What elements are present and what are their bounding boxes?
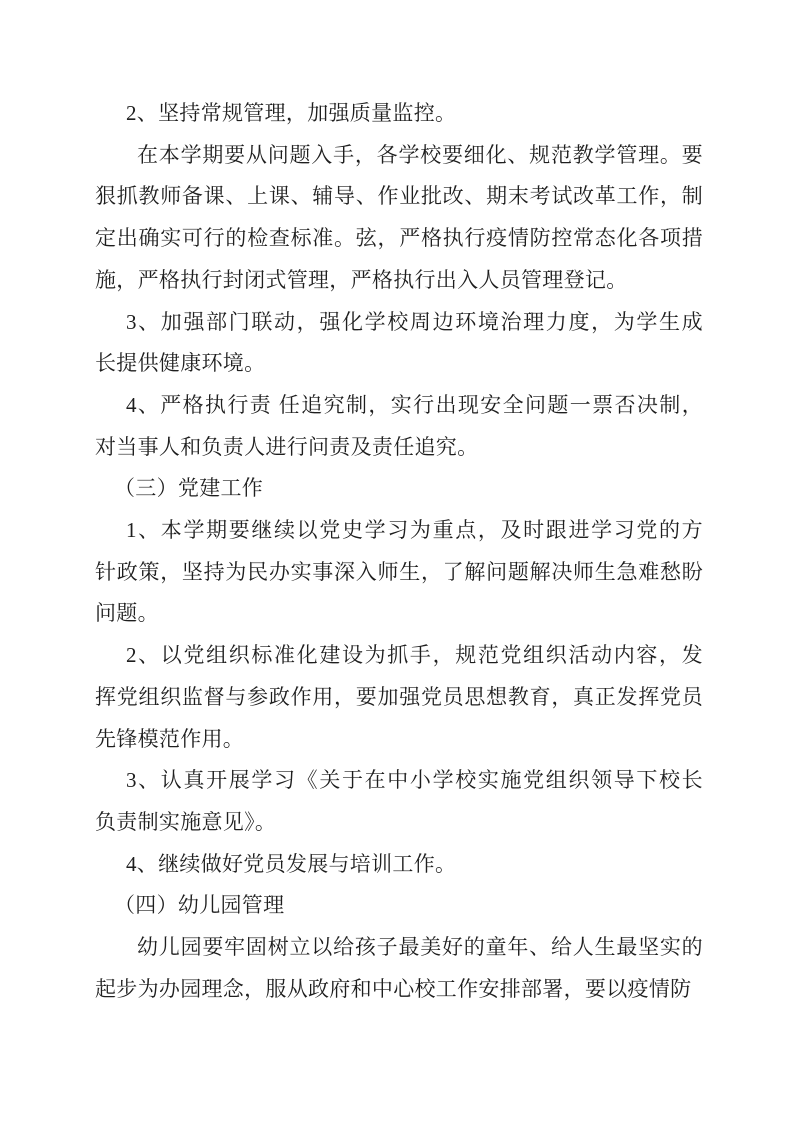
paragraph: 幼儿园要牢固树立以给孩子最美好的童年、给人生最坚实的起步为办园理念，服从政府和中… [95,927,703,1010]
text-line: 1、本学期要继续以党史学习为重点，及时跟进学习党的方 [95,510,703,552]
text-line: 挥党组织监督与参政作用，要加强党员思想教育，真正发挥党员 [95,677,703,719]
text-line: 狠抓教师备课、上课、辅导、作业批改、期末考试改革工作，制 [95,176,703,218]
text-line: （四）幼儿园管理 [95,885,703,927]
section-heading: （四）幼儿园管理 [95,885,703,927]
text-line: 负责制实施意见》。 [95,802,703,844]
text-line: 在本学期要从问题入手，各学校要细化、规范教学管理。要 [95,135,703,177]
text-line: 对当事人和负责人进行问责及责任追究。 [95,427,703,469]
text-line: 施，严格执行封闭式管理，严格执行出入人员管理登记。 [95,260,703,302]
text-line: 2、坚持常规管理，加强质量监控。 [95,93,703,135]
text-line: 幼儿园要牢固树立以给孩子最美好的童年、给人生最坚实的 [95,927,703,969]
numbered-item: 3、加强部门联动，强化学校周边环境治理力度，为学生成长提供健康环境。 [95,302,703,385]
text-line: 先锋模范作用。 [95,719,703,761]
text-line: 4、继续做好党员发展与培训工作。 [95,844,703,886]
section-heading: （三）党建工作 [95,468,703,510]
text-line: 起步为办园理念，服从政府和中心校工作安排部署，要以疫情防 [95,969,703,1011]
numbered-item: 2、以党组织标准化建设为抓手，规范党组织活动内容，发挥党组织监督与参政作用，要加… [95,635,703,760]
text-line: 2、以党组织标准化建设为抓手，规范党组织活动内容，发 [95,635,703,677]
text-line: 长提供健康环境。 [95,343,703,385]
numbered-item: 4、继续做好党员发展与培训工作。 [95,844,703,886]
numbered-item: 4、严格执行责 任追究制，实行出现安全问题一票否决制，对当事人和负责人进行问责及… [95,385,703,468]
text-line: 3、加强部门联动，强化学校周边环境治理力度，为学生成 [95,302,703,344]
numbered-item: 2、坚持常规管理，加强质量监控。 [95,93,703,135]
numbered-item: 3、认真开展学习《关于在中小学校实施党组织领导下校长负责制实施意见》。 [95,760,703,843]
text-line: 针政策，坚持为民办实事深入师生，了解问题解决师生急难愁盼 [95,552,703,594]
text-line: 3、认真开展学习《关于在中小学校实施党组织领导下校长 [95,760,703,802]
text-line: （三）党建工作 [95,468,703,510]
text-line: 4、严格执行责 任追究制，实行出现安全问题一票否决制， [95,385,703,427]
document-page: 2、坚持常规管理，加强质量监控。在本学期要从问题入手，各学校要细化、规范教学管理… [0,0,793,1122]
text-line: 定出确实可行的检查标准。弦，严格执行疫情防控常态化各项措 [95,218,703,260]
paragraph: 在本学期要从问题入手，各学校要细化、规范教学管理。要狠抓教师备课、上课、辅导、作… [95,135,703,302]
text-line: 问题。 [95,593,703,635]
numbered-item: 1、本学期要继续以党史学习为重点，及时跟进学习党的方针政策，坚持为民办实事深入师… [95,510,703,635]
page-content: 2、坚持常规管理，加强质量监控。在本学期要从问题入手，各学校要细化、规范教学管理… [95,93,703,1010]
